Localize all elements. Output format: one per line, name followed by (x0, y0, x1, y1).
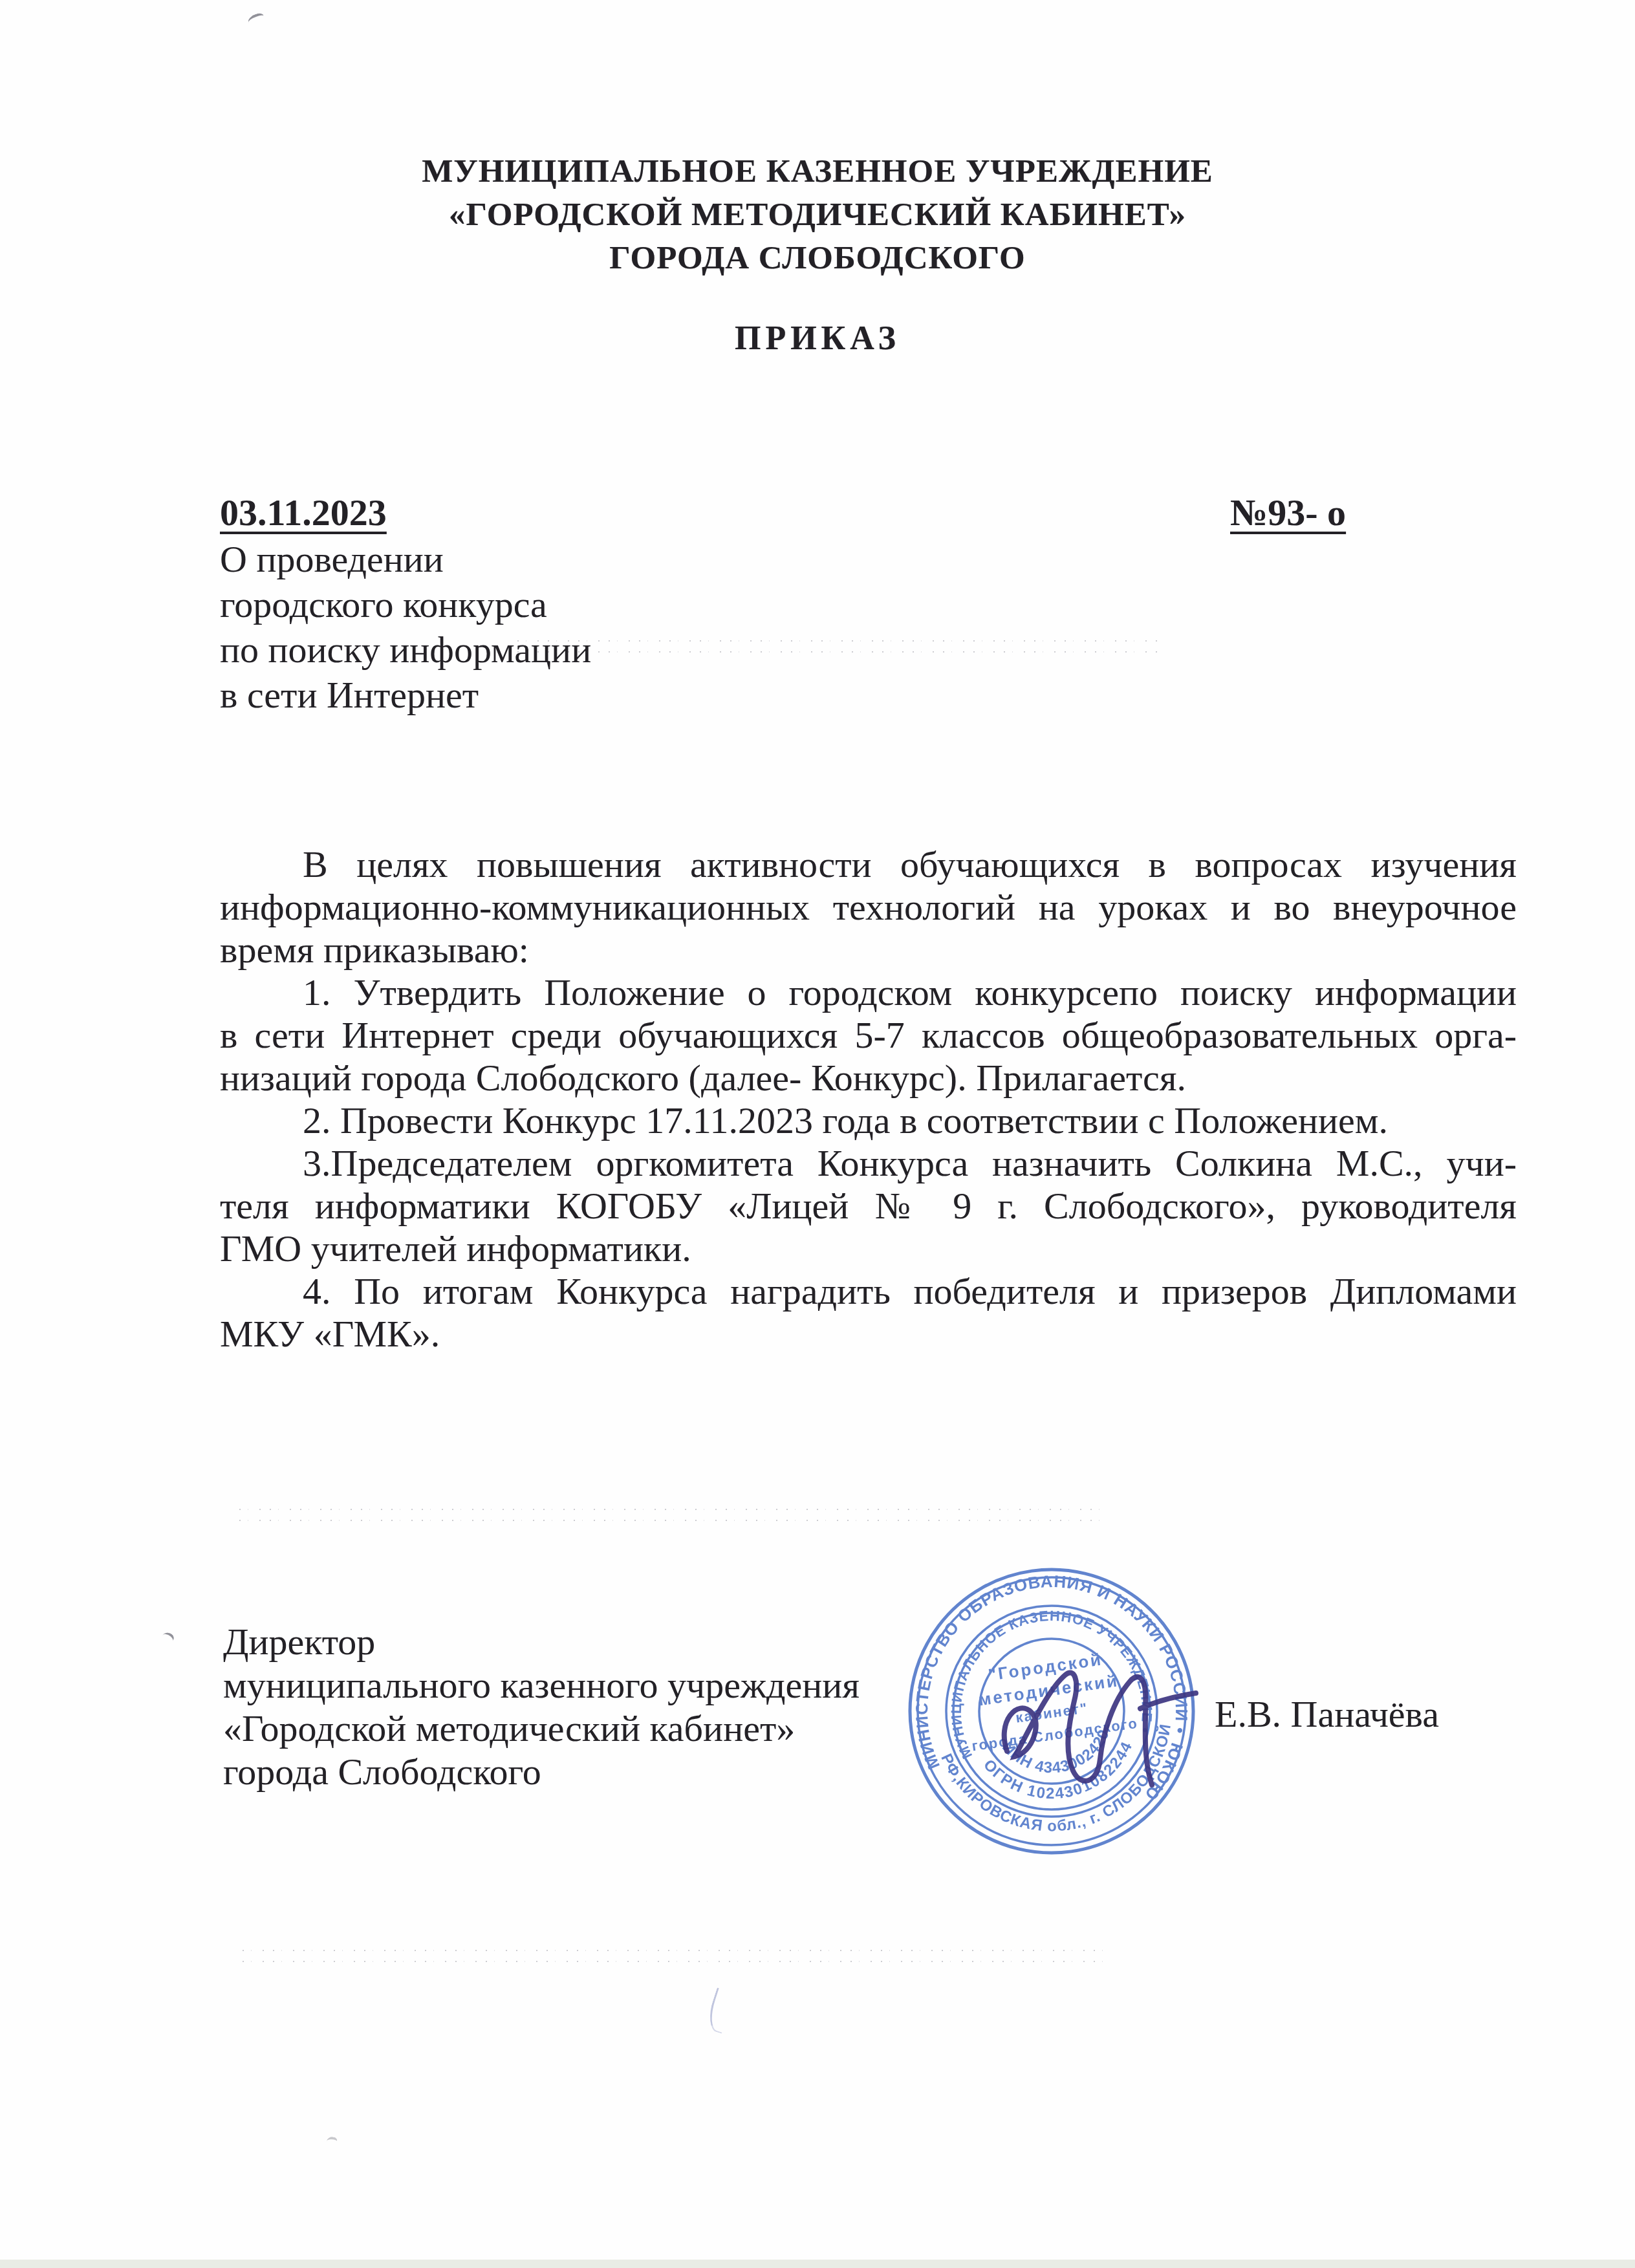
body-line: в сети Интернет среди обучающихся 5-7 кл… (220, 1014, 1517, 1057)
scan-ink-smudge (704, 1987, 735, 2034)
signature-dash (1140, 1693, 1196, 1709)
organization-name-line3: ГОРОДА СЛОБОДСКОГО (0, 237, 1635, 280)
subject-line: в сети Интернет (220, 673, 591, 718)
body-line: информационно-коммуникационных технологи… (220, 886, 1517, 929)
document-subject: О проведении городского конкурса по поис… (220, 537, 591, 718)
body-line: 4. По итогам Конкурса наградить победите… (220, 1270, 1517, 1313)
body-line: В целях повышения активности обучающихся… (220, 843, 1517, 886)
scan-noise (517, 631, 1164, 666)
scan-page-edge (0, 2260, 1635, 2268)
organization-header: МУНИЦИПАЛЬНОЕ КАЗЕННОЕ УЧРЕЖДЕНИЕ «ГОРОД… (0, 150, 1635, 280)
signer-title-line: муниципального казенного учреждения (223, 1663, 860, 1707)
body-line: время приказываю: (220, 929, 1517, 971)
signature-block: Директор муниципального казенного учрежд… (223, 1620, 860, 1793)
scan-speck (246, 12, 266, 27)
body-line: низаций города Слободского (далее- Конку… (220, 1057, 1517, 1099)
signer-title-line: «Городской методический кабинет» (223, 1707, 860, 1750)
document-body: В целях повышения активности обучающихся… (220, 843, 1517, 1355)
scan-noise (239, 1499, 1106, 1538)
signer-title-line: города Слободского (223, 1750, 860, 1793)
document-number: №93- о (1230, 491, 1346, 534)
scan-speck (326, 2136, 338, 2147)
signer-name: Е.В. Паначёва (1215, 1693, 1439, 1736)
body-line: 1. Утвердить Положение о городском конку… (220, 971, 1517, 1014)
body-line: ГМО учителей информатики. (220, 1227, 1517, 1270)
body-line: теля информатики КОГОБУ «Лицей № 9 г. Сл… (220, 1185, 1517, 1227)
document-type-title: ПРИКАЗ (0, 319, 1635, 358)
scan-noise (243, 1940, 1103, 1982)
body-line: 3.Председателем оргкомитета Конкурса наз… (220, 1142, 1517, 1185)
scanned-document-page: МУНИЦИПАЛЬНОЕ КАЗЕННОЕ УЧРЕЖДЕНИЕ «ГОРОД… (0, 0, 1635, 2268)
organization-name-line2: «ГОРОДСКОЙ МЕТОДИЧЕСКИЙ КАБИНЕТ» (0, 193, 1635, 237)
body-line: МКУ «ГМК». (220, 1313, 1517, 1355)
organization-name-line1: МУНИЦИПАЛЬНОЕ КАЗЕННОЕ УЧРЕЖДЕНИЕ (0, 150, 1635, 193)
subject-line: О проведении (220, 537, 591, 582)
document-date: 03.11.2023 (220, 491, 387, 534)
signature-stroke (1004, 1672, 1152, 1785)
subject-line: городского конкурса (220, 582, 591, 627)
signer-title-line: Директор (223, 1620, 860, 1663)
handwritten-signature (935, 1636, 1206, 1811)
scan-speck (159, 1630, 175, 1646)
body-line: 2. Провести Конкурс 17.11.2023 года в со… (220, 1099, 1517, 1142)
